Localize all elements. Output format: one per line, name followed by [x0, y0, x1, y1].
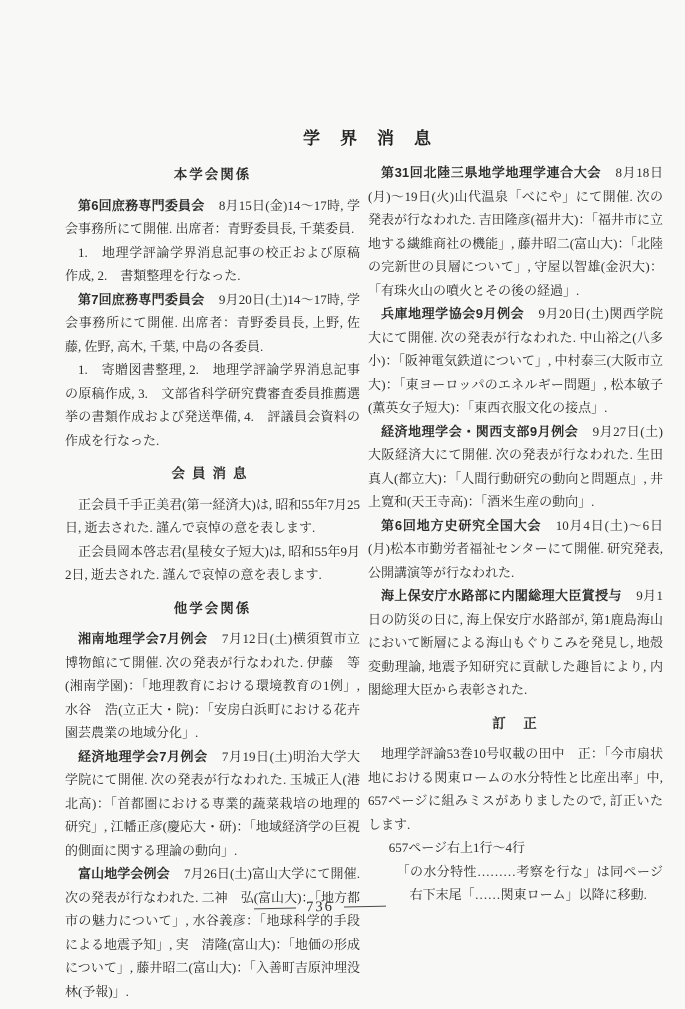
paragraph-text: 9月20日(土)関西学院大にて開催. 次の発表が行なわれた. 中山裕之(八多小)…: [368, 306, 663, 415]
paragraph-text: 7月12日(土)横須賀市立博物館にて開催. 次の発表が行なわれた. 伊藤 等(湘…: [65, 631, 360, 740]
footer-rule-right: [344, 906, 386, 908]
paragraph-text: 9月1日の防災の日に, 海上保安庁水路部が, 第1鹿島海山において断層による海山…: [368, 588, 663, 697]
paragraph: 第6回庶務専門委員会8月15日(金)14～17時, 学会事務所にて開催. 出席者…: [65, 194, 360, 241]
paragraph-text: 7月19日(土)明治大学大学院にて開催. 次の発表が行なわれた. 玉城正人(港北…: [65, 749, 360, 858]
paragraph-text: 8月18日(月)～19日(火)山代温泉「べにや」にて開催. 次の発表が行なわれた…: [368, 165, 663, 298]
paragraph: 正会員岡本啓志君(星稜女子短大)は, 昭和55年9月2日, 逝去された. 謹んで…: [65, 540, 360, 587]
page-title: 学界消息: [70, 124, 664, 149]
paragraph-lead: 湘南地理学会7月例会: [78, 631, 208, 646]
paragraph: 湘南地理学会7月例会7月12日(土)横須賀市立博物館にて開催. 次の発表が行なわ…: [65, 627, 360, 745]
paragraph-lead: 第6回地方史研究全国大会: [381, 518, 541, 533]
paragraph-lead: 第31回北陸三県地学地理学連合大会: [381, 165, 601, 180]
paragraph: 富山地学会例会7月26日(土)富山大学にて開催. 次の発表が行なわれた. 二神 …: [65, 862, 360, 1003]
left-column: 本学会関係 第6回庶務専門委員会8月15日(金)14～17時, 学会事務所にて開…: [65, 161, 360, 1005]
paragraph-text: 地理学評論53巻10号収載の田中 正：「今市扇状地における関東ロームの水分特性と…: [368, 746, 663, 832]
paragraph-lead: 海上保安庁水路部に内閣総理大臣賞授与: [381, 588, 622, 603]
paragraph-text: 1. 寄贈図書整理, 2. 地理学評論学界消息記事の原稿作成, 3. 文部省科学…: [65, 362, 360, 448]
paragraph: 経済地理学会7月例会7月19日(土)明治大学大学院にて開催. 次の発表が行なわれ…: [65, 745, 360, 863]
section-heading: 他学会関係: [65, 597, 360, 621]
paragraph-lead: 兵庫地理学協会9月例会: [381, 306, 524, 321]
footer-rule-left: [254, 908, 296, 910]
paragraph-text: 正会員岡本啓志君(星稜女子短大)は, 昭和55年9月2日, 逝去された. 謹んで…: [65, 544, 360, 583]
paragraph-lead: 富山地学会例会: [78, 866, 170, 881]
section-heading: 本学会関係: [65, 163, 360, 187]
paragraph-text: 正会員千手正美君(第一経済大)は, 昭和55年7月25日, 逝去された. 謹んで…: [65, 497, 360, 536]
paragraph-text: 657ページ右上1行～4行: [389, 840, 525, 855]
paragraph-text: 1. 地理学評論学界消息記事の校正および原稿作成, 2. 書類整理を行なった.: [65, 245, 360, 284]
paragraph: 海上保安庁水路部に内閣総理大臣賞授与9月1日の防災の日に, 海上保安庁水路部が,…: [368, 584, 663, 702]
section-heading: 訂 正: [368, 712, 663, 736]
paragraph: 正会員千手正美君(第一経済大)は, 昭和55年7月25日, 逝去された. 謹んで…: [65, 493, 360, 540]
right-column: 第31回北陸三県地学地理学連合大会8月18日(月)～19日(火)山代温泉「べにや…: [368, 161, 663, 909]
paragraph: 第7回庶務専門委員会9月20日(土)14～17時, 学会事務所にて開催. 出席者…: [65, 288, 360, 359]
section-kaiin-shosoku: 会員消息 正会員千手正美君(第一経済大)は, 昭和55年7月25日, 逝去された…: [65, 462, 360, 587]
section-tagakkai: 他学会関係 湘南地理学会7月例会7月12日(土)横須賀市立博物館にて開催. 次の…: [65, 597, 360, 1004]
paragraph: 1. 地理学評論学界消息記事の校正および原稿作成, 2. 書類整理を行なった.: [65, 241, 360, 288]
section-honngakkai: 本学会関係 第6回庶務専門委員会8月15日(金)14～17時, 学会事務所にて開…: [65, 163, 360, 452]
section-correction: 訂 正 地理学評論53巻10号収載の田中 正：「今市扇状地における関東ロームの水…: [368, 712, 663, 907]
section-heading: 会員消息: [65, 462, 360, 486]
paragraph: 第31回北陸三県地学地理学連合大会8月18日(月)～19日(火)山代温泉「べにや…: [368, 161, 663, 302]
paragraph-text: 7月26日(土)富山大学にて開催. 次の発表が行なわれた. 二神 弘(富山大)：…: [65, 866, 360, 999]
paragraph: 経済地理学会・関西支部9月例会9月27日(土)大阪経済大にて開催. 次の発表が行…: [368, 420, 663, 514]
paragraph-lead: 第7回庶務専門委員会: [78, 292, 205, 307]
section-tagakkai-continued: 第31回北陸三県地学地理学連合大会8月18日(月)～19日(火)山代温泉「べにや…: [368, 161, 663, 702]
correction-location-line: 657ページ右上1行～4行: [368, 836, 663, 860]
paragraph-lead: 第6回庶務専門委員会: [78, 198, 205, 213]
paragraph-lead: 経済地理学会・関西支部9月例会: [381, 424, 578, 439]
paragraph: 第6回地方史研究全国大会10月4日(土)～6日(月)松本市勤労者福祉センターにて…: [368, 514, 663, 585]
journal-page: 学界消息 本学会関係 第6回庶務専門委員会8月15日(金)14～17時, 学会事…: [0, 0, 685, 1009]
page-number: 736: [306, 899, 334, 917]
paragraph-lead: 経済地理学会7月例会: [78, 749, 208, 764]
paragraph: 兵庫地理学協会9月例会9月20日(土)関西学院大にて開催. 次の発表が行なわれた…: [368, 302, 663, 420]
paragraph: 地理学評論53巻10号収載の田中 正：「今市扇状地における関東ロームの水分特性と…: [368, 742, 663, 836]
paragraph: 1. 寄贈図書整理, 2. 地理学評論学界消息記事の原稿作成, 3. 文部省科学…: [65, 358, 360, 452]
